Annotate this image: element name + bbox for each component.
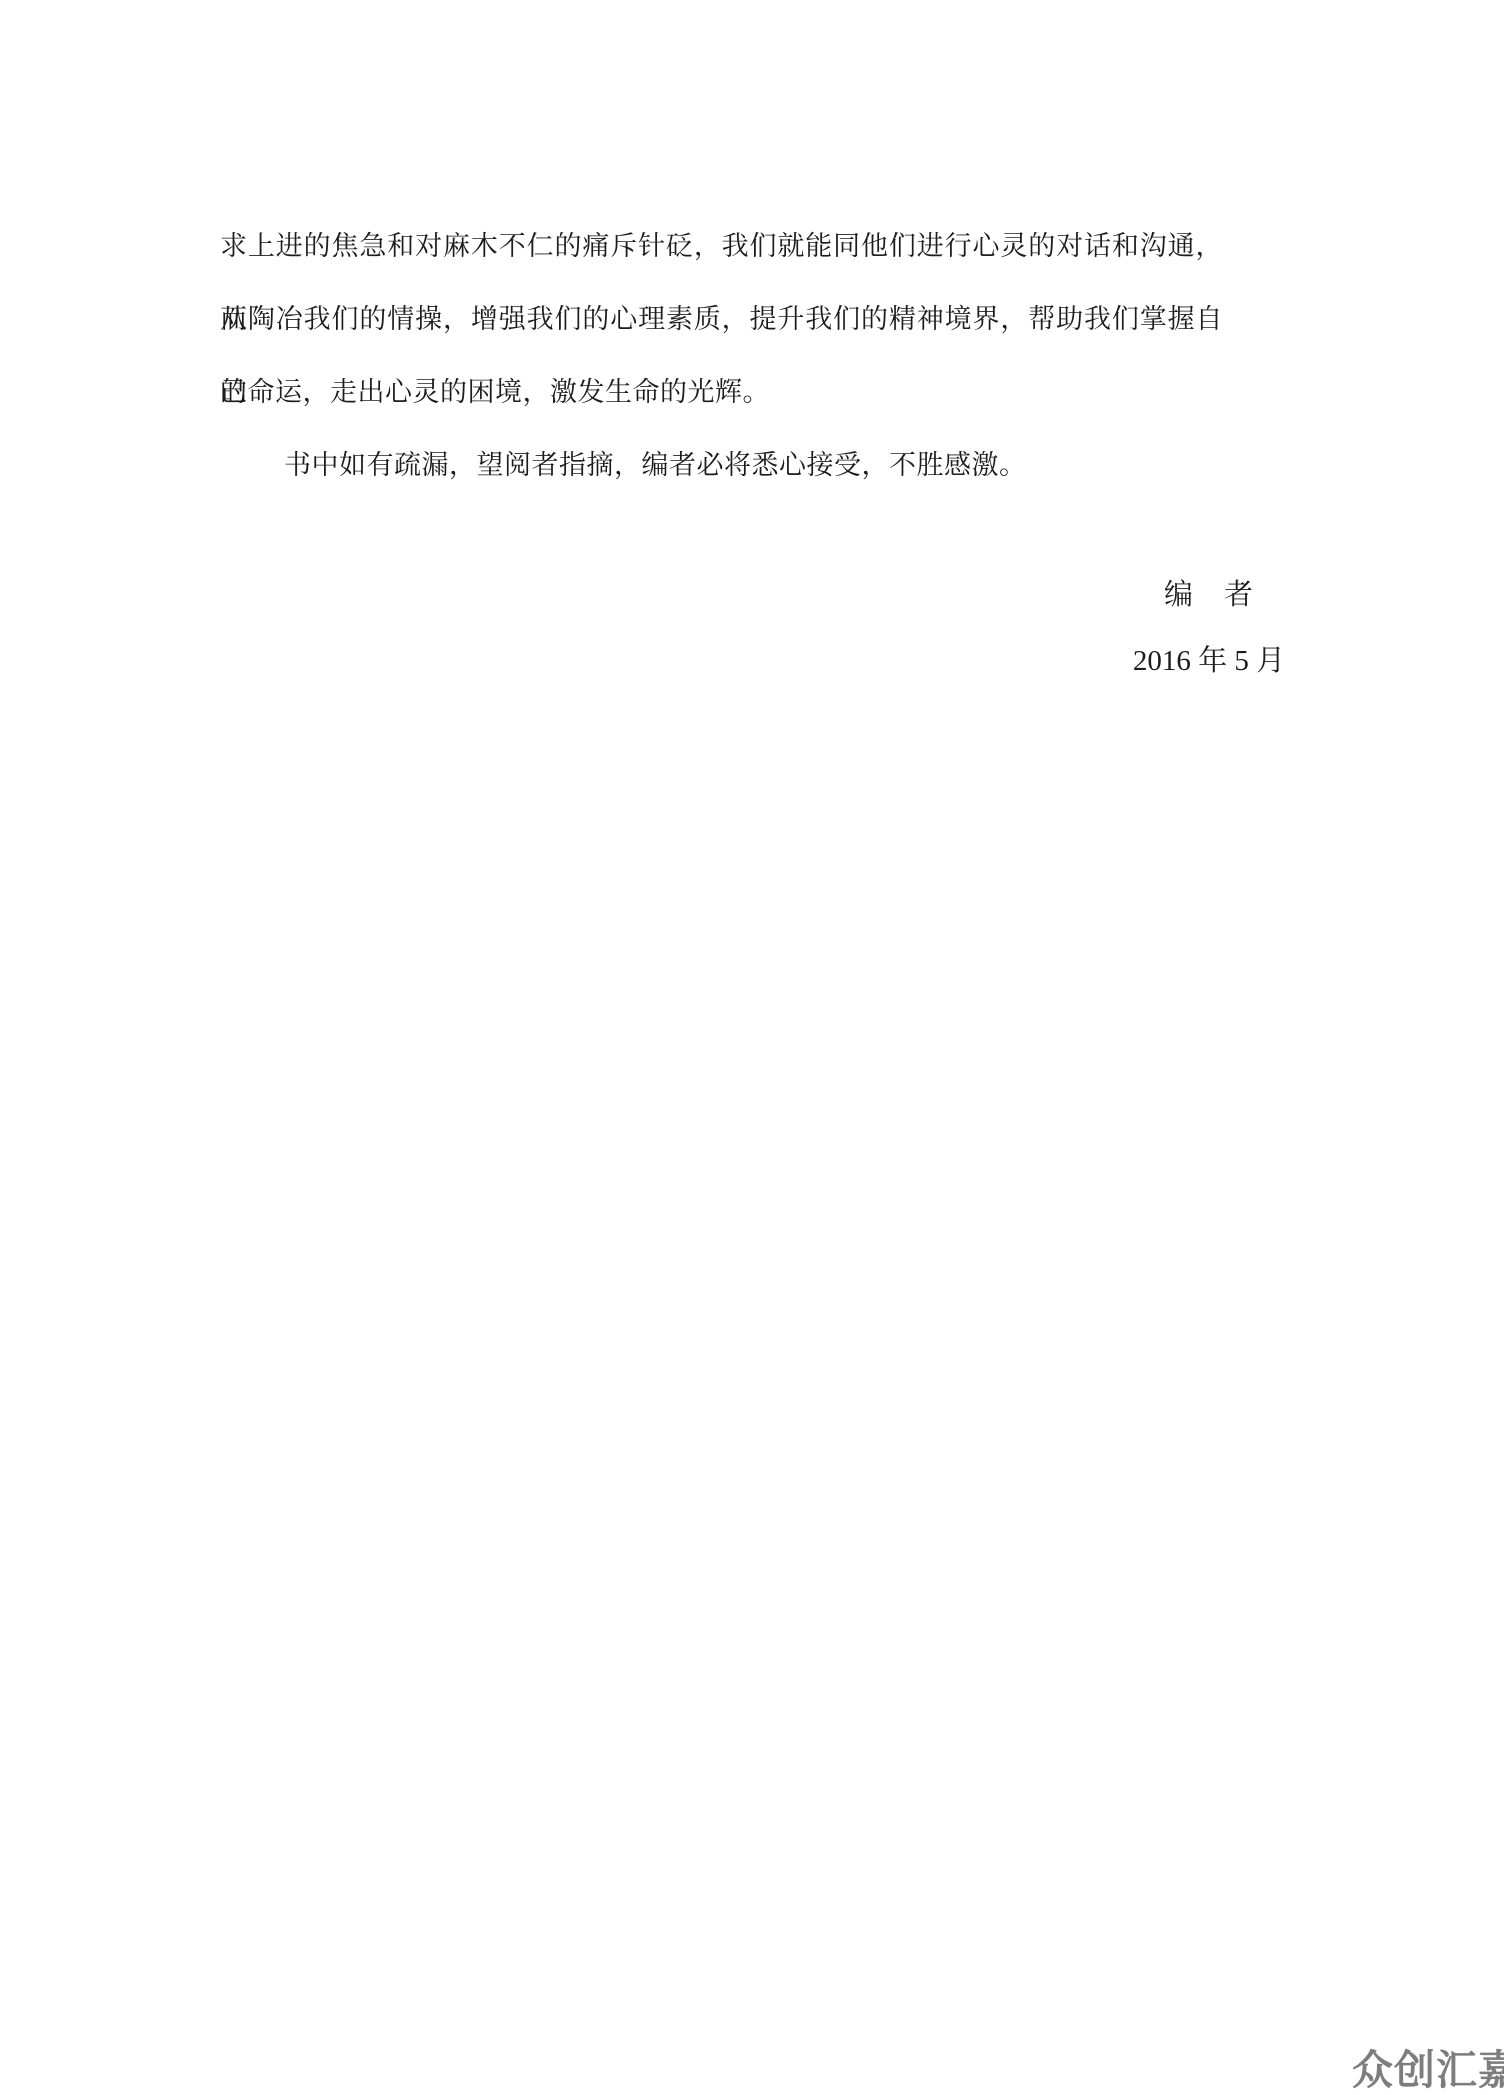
watermark-logo: 众创汇嘉 <box>1352 2048 1504 2092</box>
preface-text-block: 求上进的焦急和对麻木不仁的痛斥针砭，我们就能同他们进行心灵的对话和沟通，从 而陶… <box>220 210 1223 502</box>
paragraph-line-1: 求上进的焦急和对麻木不仁的痛斥针砭，我们就能同他们进行心灵的对话和沟通，从 <box>220 210 1223 283</box>
signature-block: 编 者 2016 年 5 月 <box>1050 572 1368 684</box>
paragraph-line-4: 书中如有疏漏，望阅者指摘，编者必将悉心接受，不胜感激。 <box>220 429 1223 502</box>
paragraph-line-3: 的命运，走出心灵的困境，激发生命的光辉。 <box>220 356 1223 429</box>
signature-date: 2016 年 5 月 <box>1050 638 1368 684</box>
document-page: 求上进的焦急和对麻木不仁的痛斥针砭，我们就能同他们进行心灵的对话和沟通，从 而陶… <box>0 0 1504 2095</box>
paragraph-line-2: 而陶冶我们的情操，增强我们的心理素质，提升我们的精神境界，帮助我们掌握自己 <box>220 283 1223 356</box>
author-signature: 编 者 <box>1050 572 1368 618</box>
